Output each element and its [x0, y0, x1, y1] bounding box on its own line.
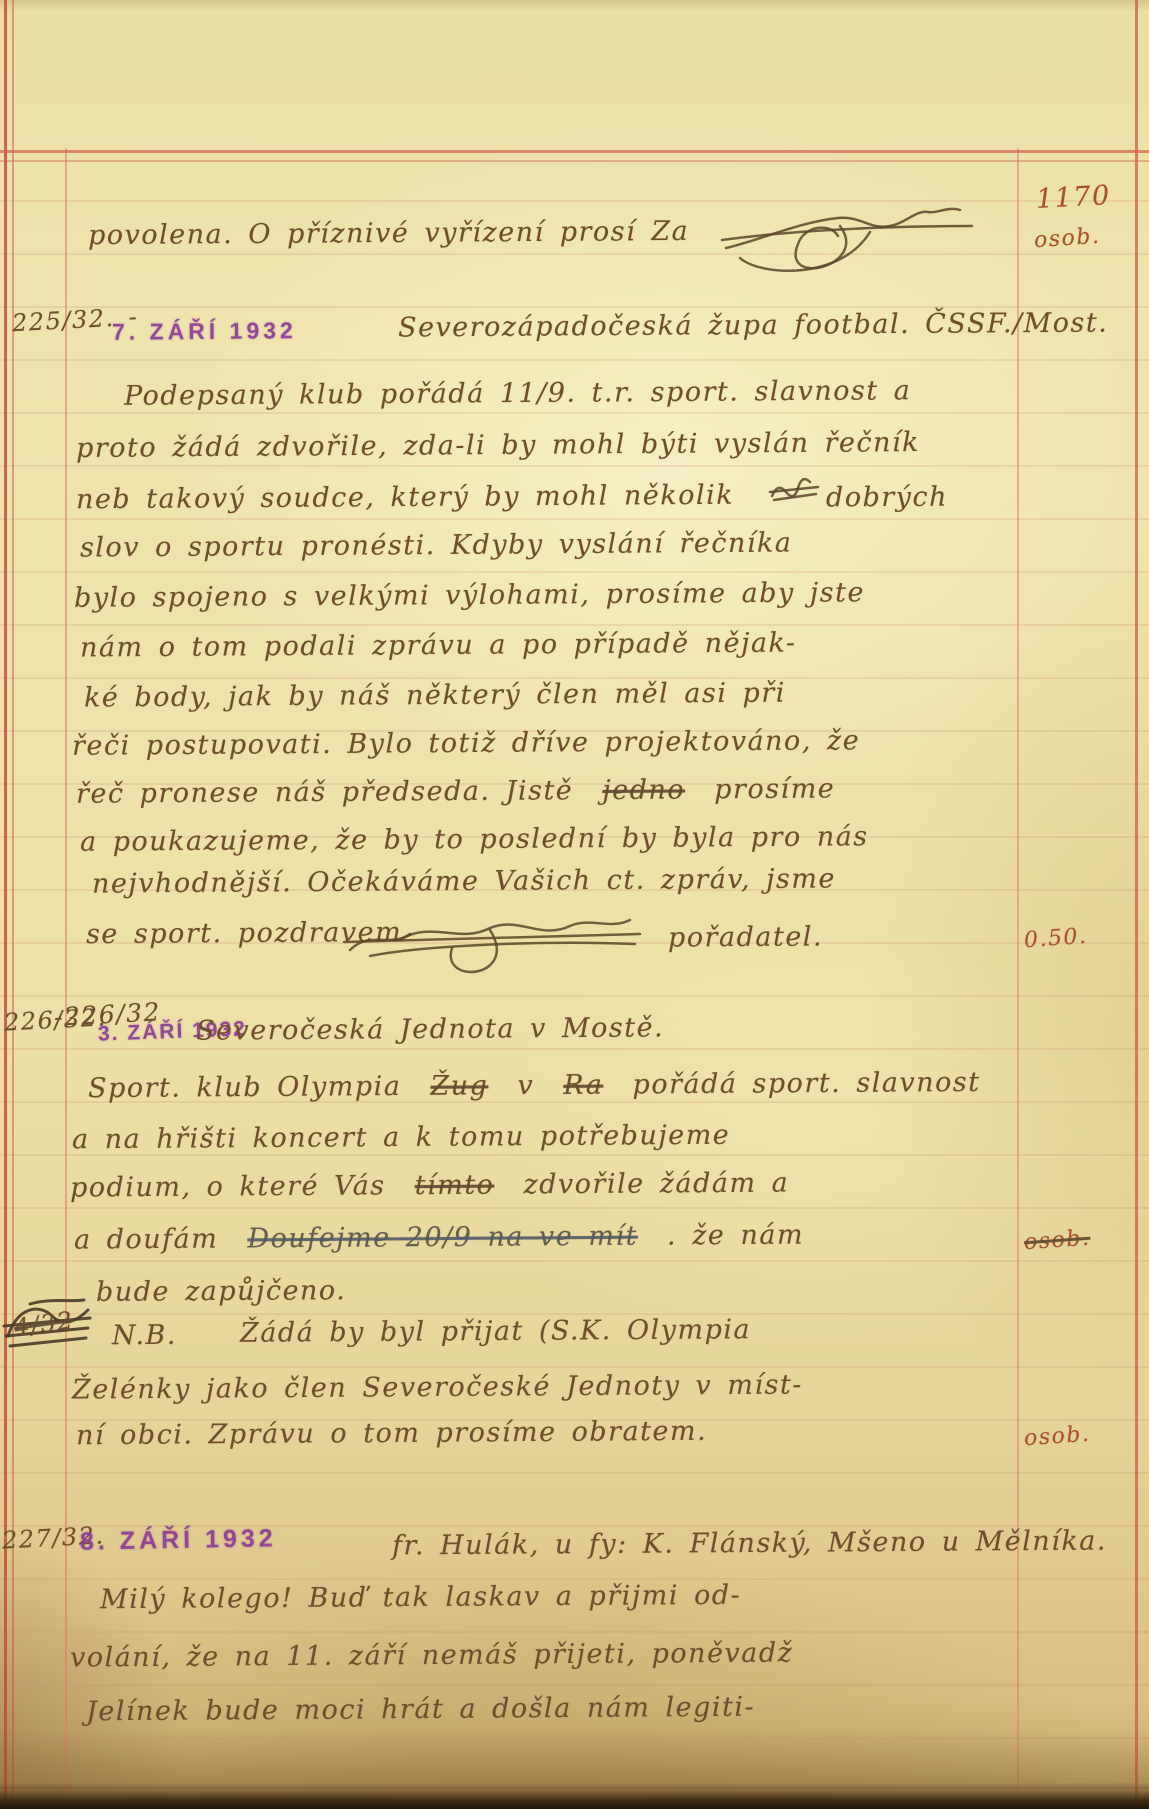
entry-225-date-stamp: 7. ZÁŘÍ 1932	[112, 317, 297, 346]
entry-225-line: Podepsaný klub pořádá 11/9. t.r. sport. …	[124, 375, 912, 411]
entry-226-margin-overwrite: -226/32	[53, 997, 161, 1032]
entry-226-line: Žádá by byl přijat (S.K. Olympia	[240, 1314, 751, 1349]
struck-signature-scribble	[720, 196, 980, 281]
page-top-shadow	[0, 0, 1149, 12]
entry-226-line-part: Sport. klub Olympia	[88, 1071, 402, 1104]
entry-226-line-part: zdvořile žádám a	[523, 1168, 789, 1201]
struck-signature-scribble	[340, 900, 650, 985]
entry-226-line: ní obci. Zprávu o tom prosíme obratem.	[76, 1416, 707, 1451]
entry-225-addressee: Severozápadočeská župa footbal. ČSSF./Mo…	[398, 308, 1108, 344]
entry-227-line: Jelínek bude moci hrát a došla nám legit…	[86, 1692, 755, 1728]
entry-227-addressee: fr. Hulák, u fy: K. Flánský, Mšeno u Měl…	[392, 1526, 1107, 1562]
entry-226-line: a na hřišti koncert a k tomu potřebujeme	[72, 1120, 730, 1156]
entry-225-line: řeč pronese náš předseda. Jistě jedno pr…	[76, 773, 849, 809]
page-bottom-edge	[0, 1783, 1149, 1809]
entry-226-line-part: . že nám	[667, 1220, 804, 1252]
entry-225-line: slov o sportu pronésti. Kdyby vyslání ře…	[80, 528, 793, 564]
entry-225-line: dobrých	[826, 482, 948, 514]
entry-225-line-part: řeč pronese náš předseda. Jistě	[76, 775, 573, 809]
entry-227-date-stamp: 8. ZÁŘÍ 1932	[80, 1524, 277, 1556]
continuation-line: povolena. O příznivé vyřízení prosí Za	[88, 216, 689, 251]
entry-226-line-part: pořádá sport. slavnost	[632, 1067, 980, 1100]
page-bottom-shadow	[0, 1729, 1149, 1789]
entry-226-line-part: podium, o které Vás	[70, 1170, 386, 1203]
fee-note-226: osob.	[1023, 1422, 1091, 1452]
entry-226-line: Želénky jako člen Severočeské Jednoty v …	[72, 1369, 803, 1405]
crossed-out-word: Žug	[430, 1070, 488, 1101]
entry-226-line-part: a doufám	[74, 1224, 219, 1256]
header-rule-bottom	[0, 160, 1149, 162]
entry-226-line: Sport. klub Olympia Žug v Ra pořádá spor…	[88, 1067, 995, 1104]
crossed-out-word: Ra	[563, 1070, 603, 1101]
pencil-crossed-out-text: Doufejme 20/9 na ve mít	[247, 1221, 638, 1255]
entry-225-line-part: prosíme	[714, 773, 835, 805]
entry-226-addressee: Severočeská Jednota v Mostě.	[196, 1012, 664, 1046]
fee-note-225: 0.50.	[1023, 924, 1088, 953]
entry-225-line: neb takový soudce, který by mohl několik	[76, 480, 734, 516]
right-edge-rule	[1135, 0, 1138, 1809]
crossed-out-word: jedno	[602, 774, 685, 806]
crossed-out-word-scribble	[768, 478, 820, 508]
entry-225-line: řeči postupovati. Bylo totiž dříve proje…	[72, 725, 860, 762]
fee-note-226-struck: osob.	[1023, 1226, 1091, 1256]
fee-note-continuation: osob.	[1033, 224, 1101, 254]
entry-225-line: nejvhodnější. Očekáváme Vašich ct. zpráv…	[92, 863, 836, 899]
entry-226-line: podium, o které Vás tímto zdvořile žádám…	[70, 1167, 803, 1203]
entry-225-line: bylo spojeno s velkými výlohami, prosíme…	[74, 577, 865, 614]
entry-226-nb-label: N.B.	[112, 1320, 177, 1351]
entry-227-line: volání, že na 11. září nemáš přijeti, po…	[70, 1637, 794, 1673]
crossed-out-word: tímto	[415, 1170, 495, 1202]
entry-226-line: a doufám Doufejme 20/9 na ve mít . že ná…	[74, 1219, 818, 1255]
entry-227-line: Milý kolego! Buď tak laskav a přijmi od-	[100, 1580, 741, 1615]
entry-225-closing: pořadatel.	[668, 921, 823, 953]
entry-225-line: nám o tom podali zprávu a po případě něj…	[80, 627, 797, 663]
entry-225-line: ké body, jak by náš některý člen měl asi…	[84, 678, 786, 714]
entry-226-line-part: v	[517, 1070, 534, 1101]
entry-225-line: proto žádá zdvořile, zda-li by mohl býti…	[76, 427, 920, 464]
ledger-page: 1170 osob. povolena. O příznivé vyřízení…	[0, 0, 1149, 1809]
entry-225-line: a poukazujeme, že by to poslední by byla…	[80, 821, 869, 858]
page-number: 1170	[1035, 180, 1111, 215]
header-rule-top	[0, 150, 1149, 153]
entry-226-line: bude zapůjčeno.	[96, 1275, 346, 1308]
